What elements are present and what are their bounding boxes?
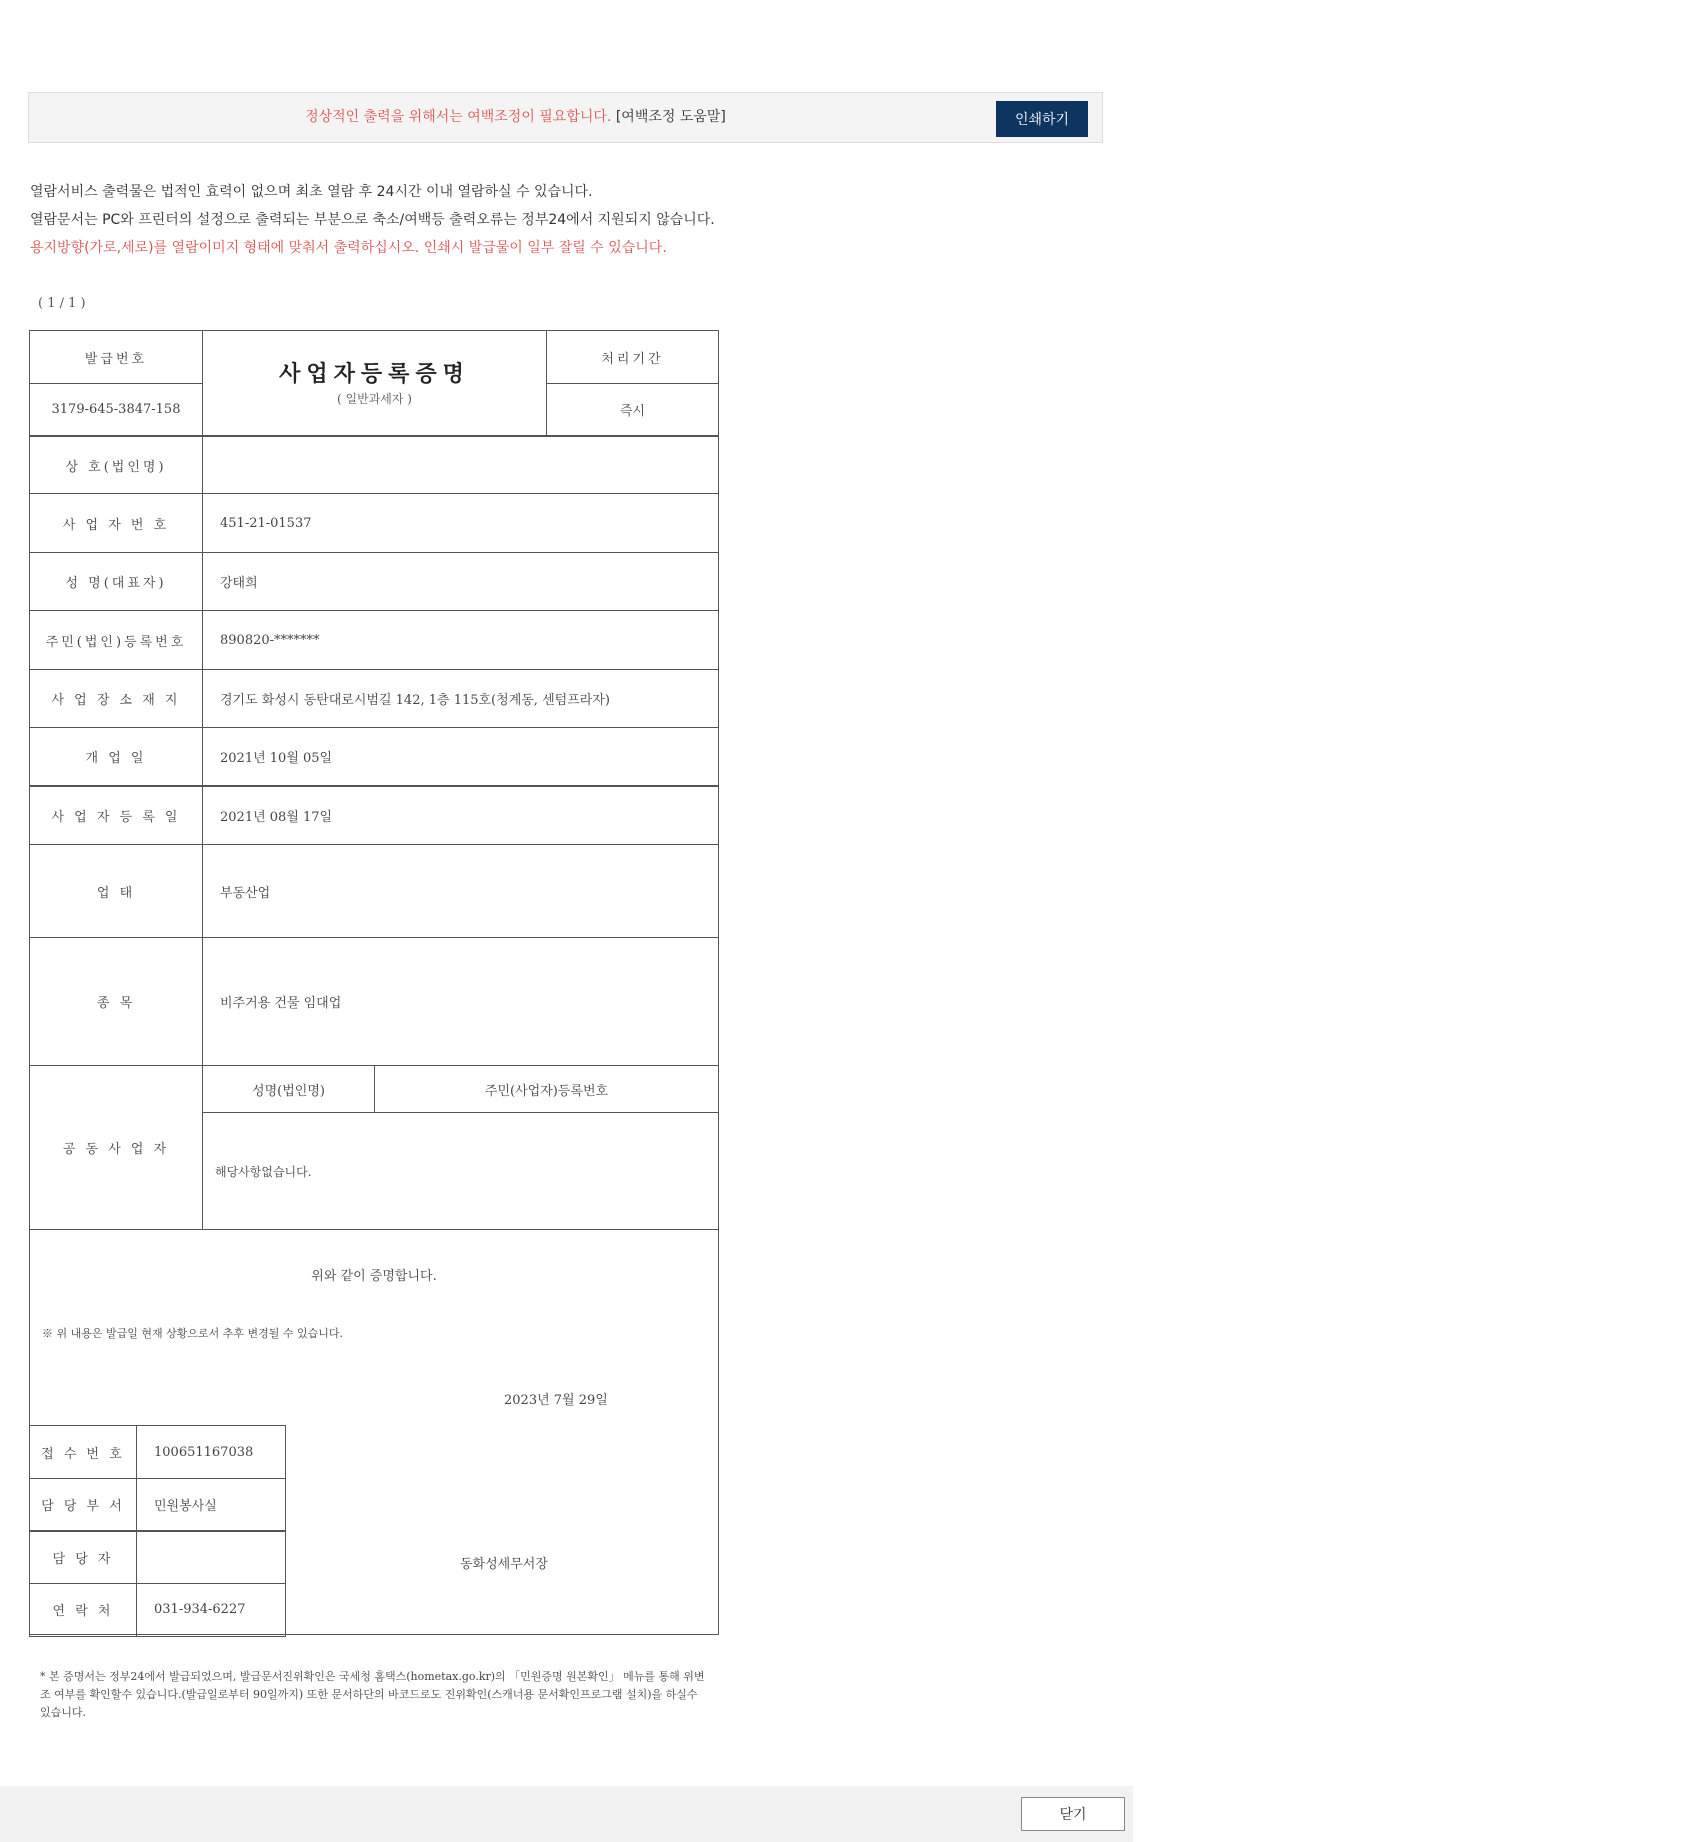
field-label: 상 호(법인명) — [29, 436, 203, 494]
verification-footnote: * 본 증명서는 정부24에서 발급되었으며, 발급문서진위확인은 국세청 홈택… — [40, 1668, 710, 1722]
issue-no-value: 3179-645-3847-158 — [29, 383, 203, 436]
caution-text: ※ 위 내용은 발급일 현재 상황으로서 추후 변경될 수 있습니다. — [42, 1325, 343, 1341]
receipt-value: 민원봉사실 — [136, 1478, 286, 1532]
field-label: 업 태 — [29, 844, 203, 938]
field-label: 사 업 자 번 호 — [29, 493, 203, 553]
print-notice-bar: 정상적인 출력을 위해서는 여백조정이 필요합니다. [여백조정 도움말] 인쇄… — [28, 92, 1103, 143]
field-value: 2021년 08월 17일 — [202, 786, 719, 845]
notice-item-warning: 용지방향(가로,세로)를 열람이미지 형태에 맞춰서 출력하십시오. 인쇄시 발… — [30, 234, 715, 262]
business-registration-certificate: 발급번호 3179-645-3847-158 사업자등록증명 ( 일반과세자 )… — [29, 330, 719, 1635]
field-label: 개 업 일 — [29, 727, 203, 786]
receipt-label: 담 당 자 — [29, 1530, 137, 1584]
certify-text: 위와 같이 증명합니다. — [30, 1265, 718, 1284]
joint-label: 공 동 사 업 자 — [29, 1065, 203, 1230]
processing-label: 처리기간 — [546, 330, 719, 384]
receipt-value: 031-934-6227 — [136, 1583, 286, 1637]
field-value: 강태희 — [202, 552, 719, 611]
receipt-label: 접 수 번 호 — [29, 1425, 137, 1479]
field-label: 사 업 장 소 재 지 — [29, 669, 203, 728]
print-button[interactable]: 인쇄하기 — [996, 101, 1088, 137]
field-label: 주민(법인)등록번호 — [29, 610, 203, 670]
joint-col-id: 주민(사업자)등록번호 — [374, 1065, 719, 1113]
field-value: 890820-******* — [202, 610, 719, 670]
issue-date: 2023년 7월 29일 — [504, 1389, 608, 1408]
field-value — [202, 436, 719, 494]
field-value: 2021년 10월 05일 — [202, 727, 719, 786]
receipt-value: 100651167038 — [136, 1425, 286, 1479]
document-title-cell: 사업자등록증명 ( 일반과세자 ) — [202, 330, 547, 436]
margin-notice: 정상적인 출력을 위해서는 여백조정이 필요합니다. [여백조정 도움말] — [29, 93, 1102, 142]
processing-value: 즉시 — [546, 383, 719, 436]
close-button[interactable]: 닫기 — [1021, 1797, 1125, 1831]
notice-list: 열람서비스 출력물은 법적인 효력이 없으며 최초 열람 후 24시간 이내 열… — [30, 178, 715, 262]
field-label: 사 업 자 등 록 일 — [29, 786, 203, 845]
issue-no-label: 발급번호 — [29, 330, 203, 384]
notice-item: 열람서비스 출력물은 법적인 효력이 없으며 최초 열람 후 24시간 이내 열… — [30, 178, 715, 206]
margin-notice-text: 정상적인 출력을 위해서는 여백조정이 필요합니다. — [305, 109, 611, 125]
margin-help-link[interactable]: [여백조정 도움말] — [616, 109, 726, 125]
page-indicator: ( 1 / 1 ) — [38, 296, 86, 311]
receipt-label: 연 락 처 — [29, 1583, 137, 1637]
receipt-label: 담 당 부 서 — [29, 1478, 137, 1532]
joint-value: 해당사항없습니다. — [202, 1112, 719, 1230]
receipt-value — [136, 1530, 286, 1584]
field-label: 성 명(대표자) — [29, 552, 203, 611]
document-subtitle: ( 일반과세자 ) — [203, 390, 546, 407]
joint-col-name: 성명(법인명) — [202, 1065, 375, 1113]
issuing-office: 동화성세무서장 — [460, 1553, 548, 1572]
field-value: 451-21-01537 — [202, 493, 719, 553]
footer-bar: 닫기 — [0, 1786, 1133, 1842]
notice-item: 열람문서는 PC와 프린터의 설정으로 출력되는 부분으로 축소/여백등 출력오… — [30, 206, 715, 234]
field-value: 비주거용 건물 임대업 — [202, 937, 719, 1066]
field-value: 부동산업 — [202, 844, 719, 938]
field-label: 종 목 — [29, 937, 203, 1066]
field-value: 경기도 화성시 동탄대로시범길 142, 1층 115호(청계동, 센텀프라자) — [202, 669, 719, 728]
document-title: 사업자등록증명 — [203, 357, 546, 388]
